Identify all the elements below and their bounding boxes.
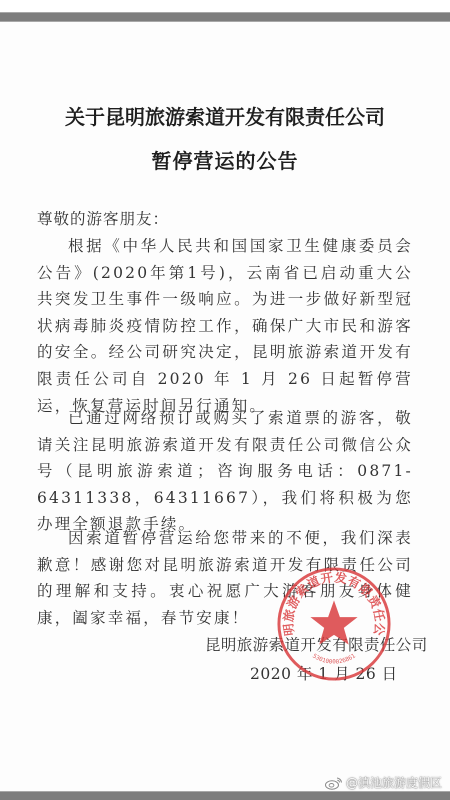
notice-title-line-1: 关于昆明旅游索道开发有限责任公司 bbox=[0, 101, 450, 130]
paragraph-refund: 已通过网络预订或购买了索道票的游客，敬请关注昆明旅游索道开发有限责任公司微信公众… bbox=[37, 405, 413, 538]
top-border-bar bbox=[0, 12, 450, 22]
weibo-watermark: @滇池旅游度假区 bbox=[325, 774, 442, 791]
salutation: 尊敬的游客朋友： bbox=[37, 206, 169, 233]
notice-body-apology: 因索道暂停营运给您带来的不便，我们深表歉意！感谢您对昆明旅游索道开发有限责任公司… bbox=[37, 525, 413, 631]
signature-company: 昆明旅游索道开发有限责任公司 bbox=[205, 633, 428, 655]
signature-date: 2020 年 1 月 26 日 bbox=[250, 662, 398, 684]
watermark-text: @滇池旅游度假区 bbox=[346, 774, 442, 791]
notice-body: 根据《中华人民共和国国家卫生健康委员会公告》(2020年第1号)，云南省已启动重… bbox=[37, 233, 413, 419]
weibo-icon bbox=[325, 776, 343, 790]
notice-body-refund: 已通过网络预订或购买了索道票的游客，敬请关注昆明旅游索道开发有限责任公司微信公众… bbox=[37, 405, 413, 538]
notice-title-line-2: 暂停营运的公告 bbox=[0, 145, 450, 174]
paragraph-apology: 因索道暂停营运给您带来的不便，我们深表歉意！感谢您对昆明旅游索道开发有限责任公司… bbox=[37, 525, 413, 631]
bottom-border-bar bbox=[0, 791, 450, 800]
paragraph-suspension: 根据《中华人民共和国国家卫生健康委员会公告》(2020年第1号)，云南省已启动重… bbox=[37, 233, 413, 419]
